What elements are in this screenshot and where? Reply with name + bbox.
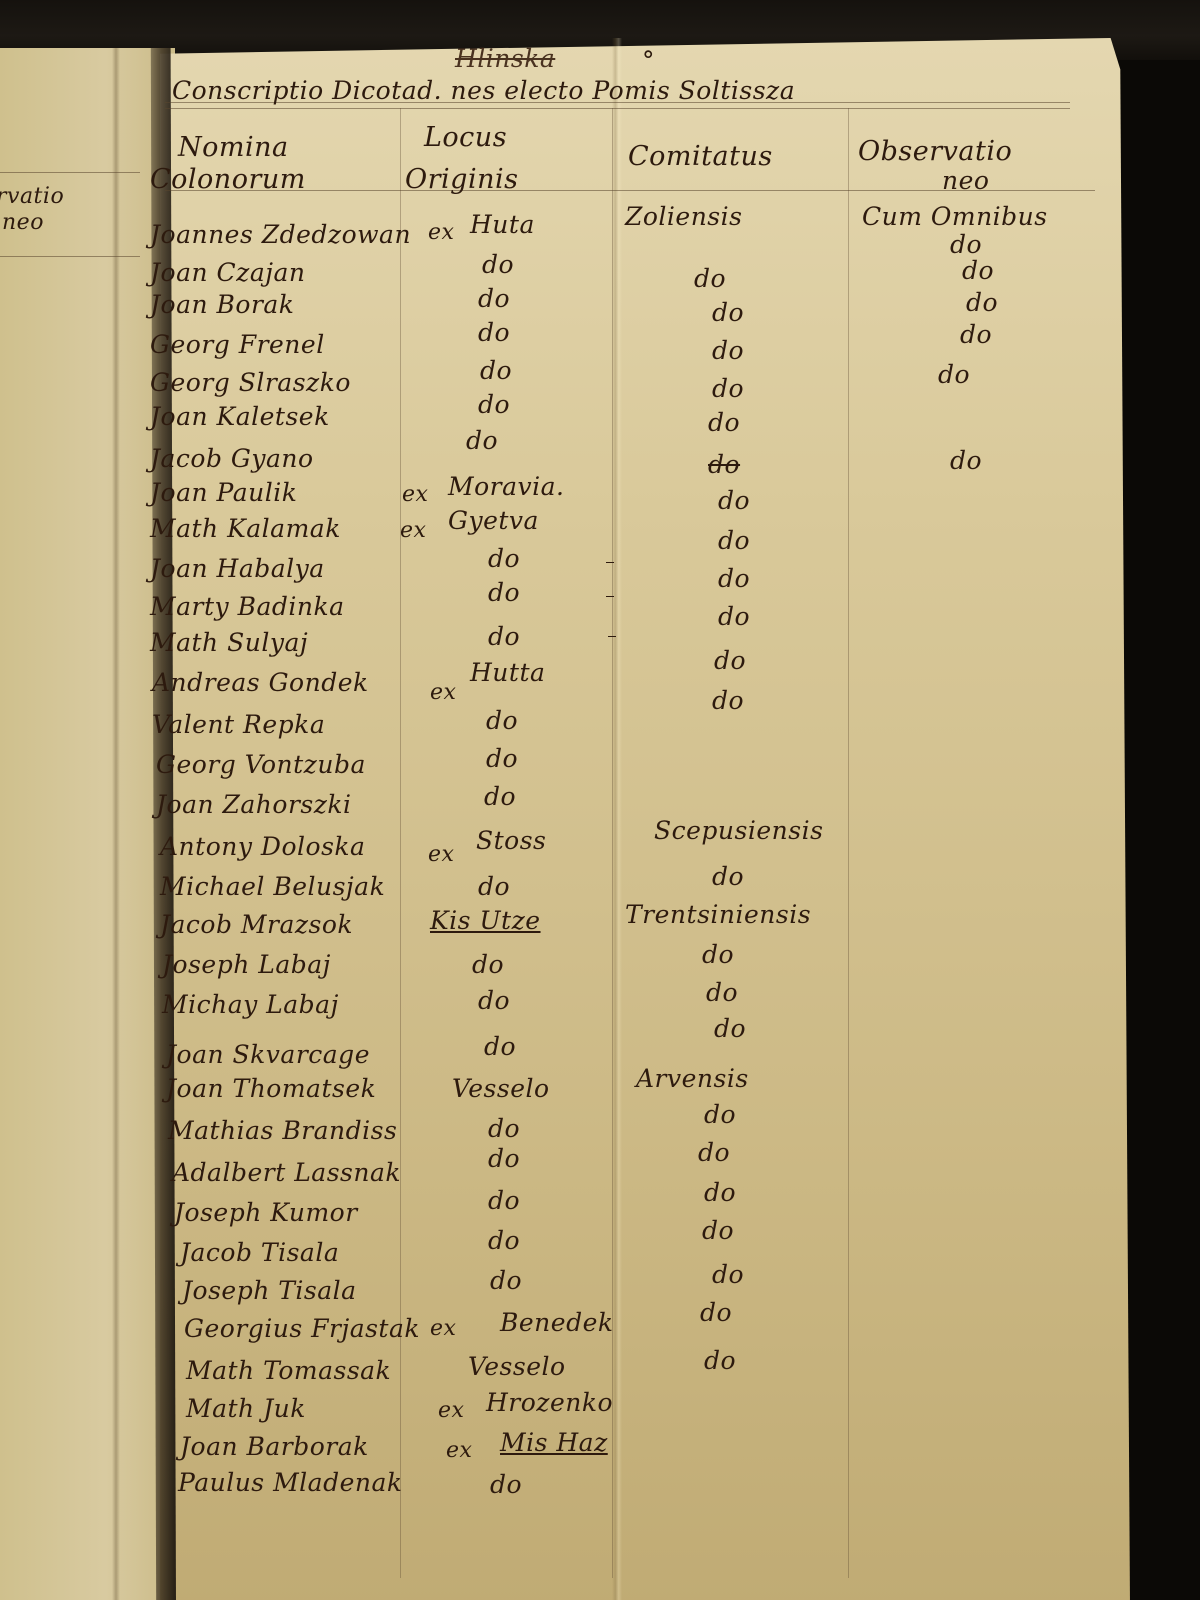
ex-prefix: ex (430, 1318, 456, 1340)
county: do (714, 648, 746, 673)
colonist-name: Math Tomassak (186, 1358, 391, 1383)
colonist-name: Paulus Mladenak (178, 1470, 403, 1495)
dash-mark (606, 562, 614, 563)
colonist-name: Joseph Kumor (174, 1200, 358, 1225)
colonist-name: Antony Doloska (160, 834, 365, 859)
insertion-marker: ° (642, 48, 655, 73)
county: do (718, 566, 750, 591)
left-page-header-fragment: neo (2, 212, 44, 234)
origin: do (490, 1472, 522, 1497)
county: do (698, 1140, 730, 1165)
observation: do (966, 290, 998, 315)
origin: do (478, 392, 510, 417)
origin: do (488, 1116, 520, 1141)
title-rule (165, 108, 1070, 109)
county: do (712, 338, 744, 363)
county: do (712, 864, 744, 889)
ex-prefix: ex (438, 1400, 464, 1422)
county: do (718, 488, 750, 513)
colonist-name: Joan Czajan (150, 260, 306, 285)
county: do (718, 528, 750, 553)
document-title: Conscriptio Dicotad. nes electo Pomis So… (172, 78, 795, 103)
origin: do (488, 1146, 520, 1171)
colonist-name: Math Sulyaj (150, 630, 308, 655)
observation: Cum Omnibus (862, 204, 1048, 229)
colonist-name: Georg Slraszko (150, 370, 351, 395)
origin: do (484, 1034, 516, 1059)
origin: do (472, 952, 504, 977)
origin: do (478, 320, 510, 345)
county: do (708, 410, 740, 435)
colonist-name: Joannes Zdedzowan (150, 222, 411, 247)
county: do (704, 1180, 736, 1205)
page-crease (612, 38, 622, 1600)
county: Trentsiniensis (625, 902, 811, 927)
origin: Moravia. (448, 474, 564, 499)
county: do (702, 942, 734, 967)
column-rule (848, 108, 849, 1578)
county: Scepusiensis (654, 818, 823, 843)
origin: Stoss (476, 828, 546, 853)
origin: Huta (470, 212, 535, 237)
colonist-name: Michay Labaj (162, 992, 339, 1017)
origin: Vesselo (452, 1076, 550, 1101)
ex-prefix: ex (400, 520, 426, 542)
colonist-name: Mathias Brandiss (168, 1118, 397, 1143)
colonist-name: Joan Borak (150, 292, 294, 317)
observation: do (950, 232, 982, 257)
origin: do (488, 1188, 520, 1213)
left-page-rule (0, 256, 140, 257)
left-page-fold (112, 48, 120, 1600)
column-rule (612, 108, 613, 1578)
left-page-rule (0, 172, 140, 173)
colonist-name: Georg Vontzuba (156, 752, 366, 777)
colonist-name: Valent Repka (152, 712, 325, 737)
origin: do (478, 874, 510, 899)
county: do (706, 980, 738, 1005)
header-locus: Locus (424, 124, 507, 151)
colonist-name: Joan Skvarcage (166, 1042, 370, 1067)
county: do (714, 1016, 746, 1041)
ex-prefix: ex (446, 1440, 472, 1462)
observation: do (962, 258, 994, 283)
header-nomina: Nomina (178, 134, 289, 161)
county: Arvensis (636, 1066, 749, 1091)
origin: do (482, 252, 514, 277)
origin: do (488, 546, 520, 571)
origin: Gyetva (448, 508, 539, 533)
colonist-name: Joan Paulik (150, 480, 297, 505)
left-page-header-fragment: rvatio (0, 186, 64, 208)
colonist-name: Andreas Gondek (152, 670, 369, 695)
ex-prefix: ex (428, 222, 454, 244)
origin: Hutta (470, 660, 545, 685)
origin: Vesselo (468, 1354, 566, 1379)
county: do (702, 1218, 734, 1243)
county: Zoliensis (625, 204, 742, 229)
origin: do (488, 1228, 520, 1253)
county-struck: do (708, 452, 740, 477)
struck-title-word: Hlinska (455, 46, 555, 71)
observation: do (950, 448, 982, 473)
colonist-name: Marty Badinka (150, 594, 345, 619)
colonist-name: Joan Thomatsek (166, 1076, 376, 1101)
origin: do (486, 708, 518, 733)
origin: do (480, 358, 512, 383)
county: do (694, 266, 726, 291)
county: do (712, 688, 744, 713)
county: do (704, 1102, 736, 1127)
county: do (700, 1300, 732, 1325)
county: do (712, 300, 744, 325)
ex-prefix: ex (430, 682, 456, 704)
colonist-name: Michael Belusjak (160, 874, 385, 899)
colonist-name: Joan Kaletsek (150, 404, 330, 429)
colonist-name: Joan Zahorszki (156, 792, 352, 817)
header-colonorum: Colonorum (150, 166, 306, 193)
origin: do (486, 746, 518, 771)
ex-prefix: ex (402, 484, 428, 506)
colonist-name: Math Juk (186, 1396, 306, 1421)
header-originis: Originis (405, 166, 518, 193)
colonist-name: Joan Barborak (180, 1434, 369, 1459)
column-rule (400, 108, 401, 1578)
colonist-name: Georgius Frjastak (184, 1316, 420, 1341)
origin: do (478, 286, 510, 311)
origin: Benedek (500, 1310, 614, 1335)
county: do (712, 1262, 744, 1287)
header-comitatus: Comitatus (628, 143, 773, 170)
colonist-name: Georg Frenel (150, 332, 325, 357)
left-facing-page (0, 48, 175, 1600)
colonist-name: Joseph Labaj (162, 952, 331, 977)
observation: do (938, 362, 970, 387)
colonist-name: Adalbert Lassnak (172, 1160, 401, 1185)
origin: do (478, 988, 510, 1013)
origin: do (466, 428, 498, 453)
origin: Mis Haz (500, 1430, 608, 1455)
county: do (712, 376, 744, 401)
dash-mark (606, 596, 614, 597)
header-observatio-suffix: neo (942, 168, 989, 193)
origin: Hrozenko (486, 1390, 613, 1415)
county: do (718, 604, 750, 629)
colonist-name: Math Kalamak (150, 516, 341, 541)
origin: do (484, 784, 516, 809)
origin: do (490, 1268, 522, 1293)
county: do (704, 1348, 736, 1373)
colonist-name: Jacob Tisala (180, 1240, 339, 1265)
header-observatio: Observatio (858, 138, 1012, 165)
origin: Kis Utze (430, 908, 541, 933)
colonist-name: Jacob Gyano (150, 446, 314, 471)
dash-mark (608, 636, 616, 637)
colonist-name: Joseph Tisala (182, 1278, 357, 1303)
ex-prefix: ex (428, 844, 454, 866)
colonist-name: Joan Habalya (150, 556, 325, 581)
observation: do (960, 322, 992, 347)
colonist-name: Jacob Mrazsok (160, 912, 353, 937)
origin: do (488, 624, 520, 649)
origin: do (488, 580, 520, 605)
